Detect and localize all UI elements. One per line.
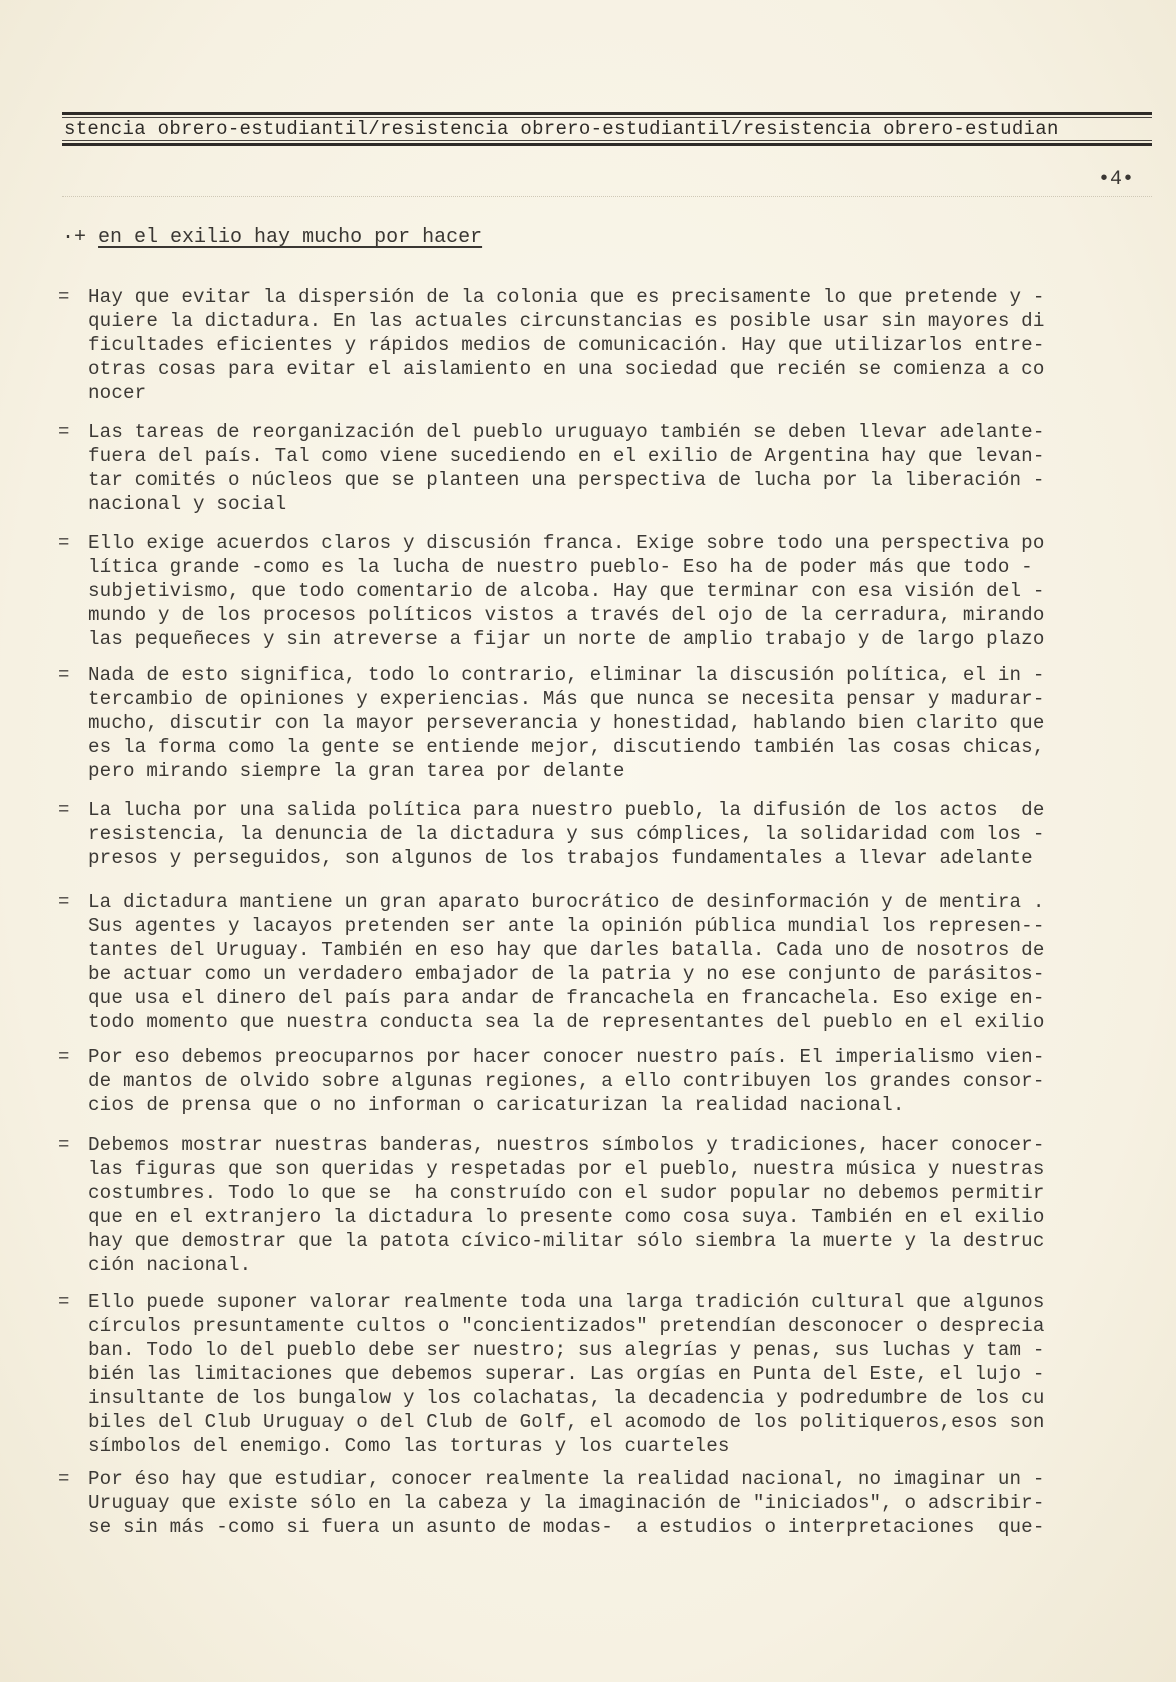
text-line: be actuar como un verdadero embajador de…	[88, 962, 1044, 986]
text-line: las pequeñeces y sin atreverse a fijar u…	[88, 627, 1044, 651]
section-title: ·+ en el exilio hay mucho por hacer	[62, 226, 482, 249]
text-line: lítica grande -como es la lucha de nuest…	[88, 555, 1033, 579]
text-line: mucho, discutir con la mayor perseveranc…	[88, 711, 1044, 735]
page-number: •4•	[1098, 168, 1134, 191]
text-line: insultante de los bungalow y los colacha…	[88, 1386, 1044, 1410]
text-line: de mantos de olvido sobre algunas region…	[88, 1069, 1044, 1093]
text-line: círculos presuntamente cultos o "concien…	[88, 1314, 1044, 1338]
document-page: stencia obrero-estudiantil/resistencia o…	[0, 0, 1176, 1682]
text-line: cios de prensa que o no informan o caric…	[88, 1093, 905, 1117]
text-line: nacional y social	[88, 492, 286, 516]
text-line: Hay que evitar la dispersión de la colon…	[88, 285, 1044, 309]
text-line: subjetivismo, que todo comentario de alc…	[88, 579, 1044, 603]
text-line: Sus agentes y lacayos pretenden ser ante…	[88, 914, 1044, 938]
text-line: hay que demostrar que la patota cívico-m…	[88, 1229, 1044, 1253]
text-line: las figuras que son queridas y respetada…	[88, 1157, 1044, 1181]
text-line: resistencia, la denuncia de la dictadura…	[88, 822, 1044, 846]
bullet-marker: =	[58, 663, 69, 687]
text-line: pero mirando siempre la gran tarea por d…	[88, 759, 625, 783]
text-line: bién las limitaciones que debemos supera…	[88, 1362, 1044, 1386]
text-line: biles del Club Uruguay o del Club de Gol…	[88, 1410, 1044, 1434]
text-line: Por eso debemos preocuparnos por hacer c…	[88, 1045, 1044, 1069]
text-line: costumbres. Todo lo que se ha construído…	[88, 1181, 1044, 1205]
text-line: todo momento que nuestra conducta sea la…	[88, 1010, 1044, 1034]
text-line: tercambio de opiniones y experiencias. M…	[88, 687, 1044, 711]
text-line: quiere la dictadura. En las actuales cir…	[88, 309, 1044, 333]
text-line: La lucha por una salida política para nu…	[88, 798, 1044, 822]
text-line: nocer	[88, 381, 146, 405]
text-line: símbolos del enemigo. Como las torturas …	[88, 1434, 730, 1458]
text-line: Por éso hay que estudiar, conocer realme…	[88, 1467, 1044, 1491]
text-line: Ello exige acuerdos claros y discusión f…	[88, 531, 1044, 555]
text-line: se sin más -como si fuera un asunto de m…	[88, 1515, 1044, 1539]
bullet-marker: =	[58, 1133, 69, 1157]
bullet-marker: =	[58, 1290, 69, 1314]
section-marker: ·+	[62, 226, 86, 249]
text-line: Ello puede suponer valorar realmente tod…	[88, 1290, 1044, 1314]
text-line: ción nacional.	[88, 1253, 251, 1277]
bullet-marker: =	[58, 1045, 69, 1069]
bullet-marker: =	[58, 420, 69, 444]
bullet-marker: =	[58, 285, 69, 309]
text-line: Nada de esto significa, todo lo contrari…	[88, 663, 1044, 687]
text-line: fuera del país. Tal como viene sucediend…	[88, 444, 1044, 468]
text-line: La dictadura mantiene un gran aparato bu…	[88, 890, 1044, 914]
text-line: Uruguay que existe sólo en la cabeza y l…	[88, 1491, 1044, 1515]
text-line: que usa el dinero del país para andar de…	[88, 986, 1044, 1010]
text-line: tantes del Uruguay. También en eso hay q…	[88, 938, 1044, 962]
bullet-marker: =	[58, 1467, 69, 1491]
section-title-text: en el exilio hay mucho por hacer	[98, 226, 482, 249]
text-line: que en el extranjero la dictadura lo pre…	[88, 1205, 1044, 1229]
bullet-marker: =	[58, 531, 69, 555]
header-banner: stencia obrero-estudiantil/resistencia o…	[62, 112, 1152, 146]
faint-rule	[62, 196, 1152, 197]
text-line: ban. Todo lo del pueblo debe ser nuestro…	[88, 1338, 1044, 1362]
text-line: ficultades eficientes y rápidos medios d…	[88, 333, 1044, 357]
text-line: presos y perseguidos, son algunos de los…	[88, 846, 1033, 870]
bullet-marker: =	[58, 798, 69, 822]
text-line: tar comités o núcleos que se planteen un…	[88, 468, 1044, 492]
text-line: otras cosas para evitar el aislamiento e…	[88, 357, 1044, 381]
banner-text: stencia obrero-estudiantil/resistencia o…	[64, 118, 1059, 140]
text-line: Las tareas de reorganización del pueblo …	[88, 420, 1044, 444]
bullet-marker: =	[58, 890, 69, 914]
text-line: mundo y de los procesos políticos vistos…	[88, 603, 1044, 627]
text-line: Debemos mostrar nuestras banderas, nuest…	[88, 1133, 1044, 1157]
text-line: es la forma como la gente se entiende me…	[88, 735, 1044, 759]
